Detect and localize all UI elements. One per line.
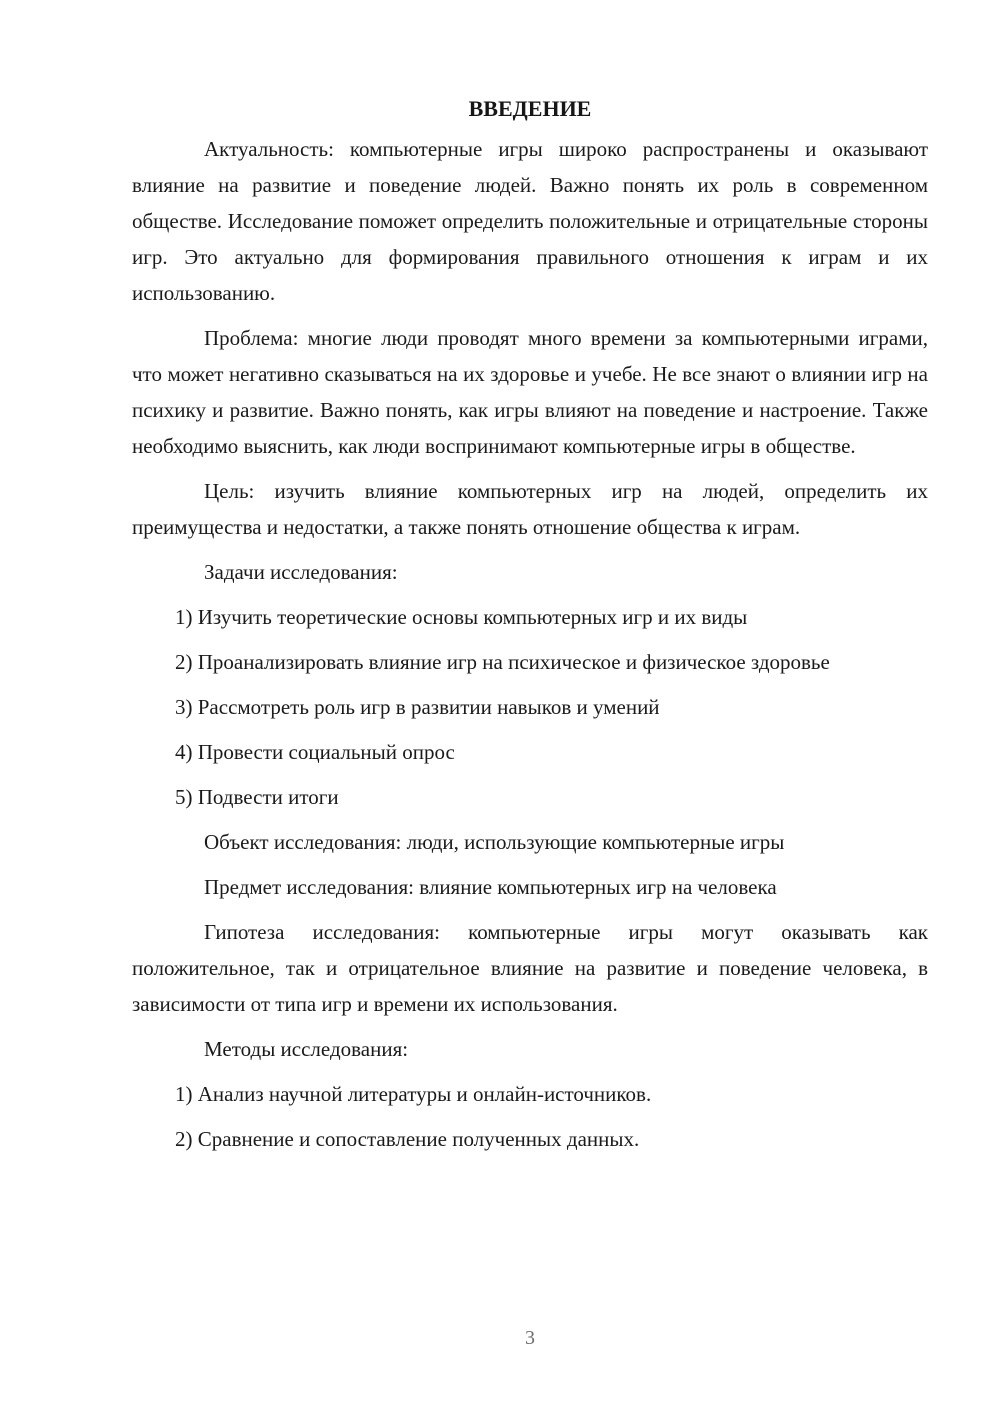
methods-heading: Методы исследования: bbox=[132, 1031, 928, 1067]
method-item-2: 2) Сравнение и сопоставление полученных … bbox=[132, 1121, 928, 1157]
subject-line: Предмет исследования: влияние компьютерн… bbox=[132, 869, 928, 905]
task-item-1: 1) Изучить теоретические основы компьюте… bbox=[132, 599, 928, 635]
task-item-5: 5) Подвести итоги bbox=[132, 779, 928, 815]
task-item-4: 4) Провести социальный опрос bbox=[132, 734, 928, 770]
page-title: ВВЕДЕНИЕ bbox=[132, 96, 928, 122]
task-item-3: 3) Рассмотреть роль игр в развитии навык… bbox=[132, 689, 928, 725]
method-item-1: 1) Анализ научной литературы и онлайн-ис… bbox=[132, 1076, 928, 1112]
paragraph-problem: Проблема: многие люди проводят много вре… bbox=[132, 320, 928, 464]
document-content: ВВЕДЕНИЕ Актуальность: компьютерные игры… bbox=[132, 96, 928, 1157]
tasks-heading: Задачи исследования: bbox=[132, 554, 928, 590]
hypothesis-paragraph: Гипотеза исследования: компьютерные игры… bbox=[132, 914, 928, 1022]
object-line: Объект исследования: люди, использующие … bbox=[132, 824, 928, 860]
task-item-2: 2) Проанализировать влияние игр на психи… bbox=[132, 644, 928, 680]
page-number: 3 bbox=[132, 1320, 928, 1356]
paragraph-relevance: Актуальность: компьютерные игры широко р… bbox=[132, 131, 928, 311]
document-page: ВВЕДЕНИЕ Актуальность: компьютерные игры… bbox=[0, 0, 1000, 1414]
paragraph-goal: Цель: изучить влияние компьютерных игр н… bbox=[132, 473, 928, 545]
